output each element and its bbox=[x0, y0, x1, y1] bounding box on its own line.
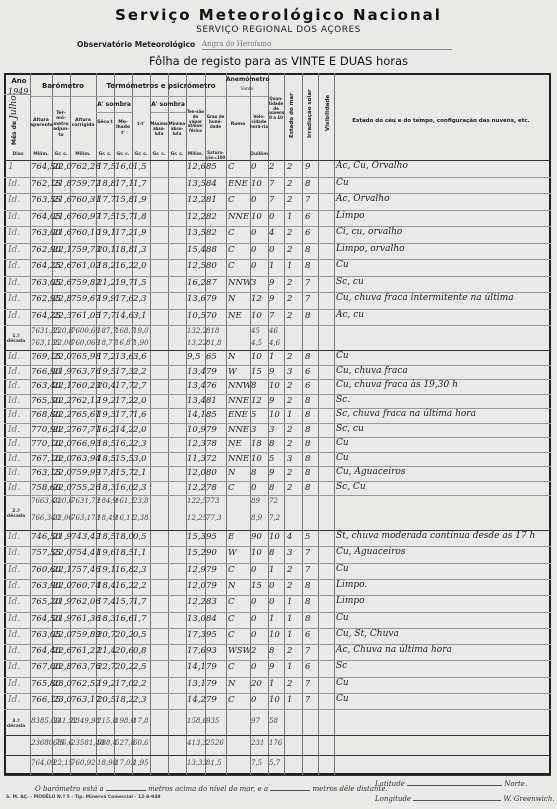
cell-rumo: N bbox=[228, 679, 235, 689]
cell-neb: 10 bbox=[269, 532, 280, 542]
cell-hum: 773 bbox=[206, 497, 219, 505]
cell-corr: 760,92 bbox=[71, 759, 96, 767]
cell-mar: 2 bbox=[287, 679, 292, 689]
cell-neb: 10 bbox=[269, 695, 280, 705]
cell-molh: 18,0 bbox=[115, 532, 134, 542]
cell-vel: 90 bbox=[251, 532, 262, 542]
cell-tens: 132,2 bbox=[187, 327, 207, 335]
sky-description: Cu bbox=[336, 351, 349, 361]
cell-neb: 8 bbox=[269, 646, 274, 656]
cell-seco: 18,3 bbox=[97, 483, 116, 493]
cell-dif: 1,1 bbox=[133, 548, 147, 558]
column-rule bbox=[168, 73, 169, 775]
sky-description: Cu bbox=[336, 564, 349, 574]
cell-neb: 10 bbox=[269, 410, 280, 420]
cell-dif: 2,2 bbox=[133, 679, 147, 689]
cell-hum: 79 bbox=[206, 294, 217, 304]
cell-tens: 13,33 bbox=[187, 759, 207, 767]
day-cell: Id. bbox=[8, 614, 20, 624]
cell-molh: 17,7 bbox=[115, 410, 134, 420]
cell-vel: 89 bbox=[251, 497, 260, 505]
year-label: Ano bbox=[8, 77, 30, 85]
row-rule bbox=[4, 775, 551, 776]
cell-neb: 1 bbox=[269, 565, 274, 575]
cell-tadj: 22,1 bbox=[53, 381, 72, 391]
cell-dif-mean: 1,90 bbox=[133, 339, 149, 347]
cell-dif: 2,0 bbox=[133, 425, 147, 435]
cell-vis: 6 bbox=[305, 367, 310, 377]
row-rule bbox=[4, 243, 551, 244]
a-sombra-header-1: A' sombra bbox=[96, 101, 132, 108]
row-rule bbox=[4, 644, 551, 645]
cell-tens: 12,2 bbox=[187, 212, 206, 222]
cell-hum: 78 bbox=[206, 439, 217, 449]
sky-description: Cu bbox=[336, 678, 349, 688]
cell-tens: 12,2 bbox=[187, 195, 206, 205]
cell-hum-mean: 77,3 bbox=[206, 514, 222, 522]
cell-vel: 10 bbox=[251, 212, 262, 222]
sky-description: Cu bbox=[336, 438, 349, 448]
cell-mar: 2 bbox=[287, 581, 292, 591]
cell-seco: 19,2 bbox=[97, 679, 116, 689]
cell-molh: 17,7 bbox=[115, 381, 134, 391]
longitude-field[interactable] bbox=[413, 793, 501, 801]
cell-rumo: NNE bbox=[228, 454, 249, 464]
row-rule bbox=[4, 325, 551, 326]
unit-termometro-adjunto: Gr. c. bbox=[52, 152, 70, 157]
column-rule bbox=[302, 73, 303, 775]
cell-mar: 2 bbox=[287, 468, 292, 478]
cell-tadj: 22,0 bbox=[53, 483, 72, 493]
cell-vis: 7 bbox=[305, 294, 310, 304]
sky-description: Cu bbox=[336, 613, 349, 623]
cell-neb: 10 bbox=[269, 630, 280, 640]
longitude-suffix: W. Greenwich. bbox=[504, 795, 555, 803]
cell-vel: 0 bbox=[251, 483, 256, 493]
nebulosidade-header: Quan-tidade de nuvens 0 a 10 bbox=[268, 97, 284, 121]
cell-rumo: NNE bbox=[228, 396, 249, 406]
cell-mar: 2 bbox=[287, 646, 292, 656]
cell-mar: 2 bbox=[287, 278, 292, 288]
row-rule bbox=[4, 160, 551, 161]
sky-description: Sc, cu bbox=[336, 424, 364, 434]
cell-mar: 1 bbox=[287, 614, 292, 624]
day-cell: Id. bbox=[8, 396, 20, 406]
unit-minima: Gr. c. bbox=[168, 152, 186, 157]
cell-neb: 8 bbox=[269, 548, 274, 558]
day-cell: Id. bbox=[8, 425, 20, 435]
estado-mar-header: Estado do mar bbox=[289, 98, 295, 138]
cell-rumo: C bbox=[228, 695, 235, 705]
cell-seco: 19,1 bbox=[97, 565, 116, 575]
cell-dif: 2,0 bbox=[133, 261, 147, 271]
sky-description: Ac, cu bbox=[336, 310, 364, 320]
cell-tens: 13,5 bbox=[187, 179, 206, 189]
sky-description: Limpo bbox=[336, 211, 365, 221]
day-cell: Id. bbox=[8, 597, 20, 607]
cell-seco: 19,6 bbox=[97, 548, 116, 558]
cell-rumo: ENE bbox=[228, 179, 248, 189]
cell-rumo: W bbox=[228, 367, 237, 377]
cell-vis: 7 bbox=[305, 278, 310, 288]
cell-molh: 20,6 bbox=[115, 646, 134, 656]
cell-molh: 16,6 bbox=[115, 614, 134, 624]
cell-mar: 2 bbox=[287, 396, 292, 406]
decade-label: 3.ª década bbox=[6, 719, 26, 729]
cell-vis: 8 bbox=[305, 581, 310, 591]
cell-vel: 15 bbox=[251, 367, 262, 377]
sky-description: Cu, Aguaceiros bbox=[336, 547, 405, 557]
cell-neb: 8 bbox=[269, 483, 274, 493]
row-rule bbox=[4, 709, 551, 710]
day-cell: Id. bbox=[8, 212, 20, 222]
sky-description: Limpo. bbox=[336, 580, 367, 590]
cell-dif: 1,9 bbox=[133, 228, 147, 238]
cell-vel: 10 bbox=[251, 454, 262, 464]
cell-molh: 16,0 bbox=[115, 483, 134, 493]
cell-neb: 176 bbox=[269, 739, 282, 747]
day-cell: Id. bbox=[8, 646, 20, 656]
cell-molh: 18,2 bbox=[115, 695, 134, 705]
cell-neb: 4 bbox=[269, 228, 274, 238]
cell-hum: 95 bbox=[206, 630, 217, 640]
cell-vel: 12 bbox=[251, 396, 262, 406]
cell-rumo: C bbox=[228, 195, 235, 205]
row-rule bbox=[4, 466, 551, 467]
cell-neb: 0 bbox=[269, 212, 274, 222]
cell-tens: 17,3 bbox=[187, 630, 206, 640]
latitude-field[interactable] bbox=[407, 778, 502, 786]
cell-rumo: C bbox=[228, 614, 235, 624]
cell-seco: 20,4 bbox=[97, 381, 116, 391]
day-cell: Id. bbox=[8, 630, 20, 640]
cell-hum: 81 bbox=[206, 396, 217, 406]
cell-rumo: C bbox=[228, 630, 235, 640]
cell-seco: 17,8 bbox=[97, 468, 116, 478]
cell-hum: 80 bbox=[206, 261, 217, 271]
cell-tadj: 22,0 bbox=[53, 468, 72, 478]
cell-seco: 19,2 bbox=[97, 396, 116, 406]
cell-molh: 16,2 bbox=[115, 581, 134, 591]
unit-velocidade: Quilóm. bbox=[250, 152, 268, 157]
cell-molh: 19,7 bbox=[115, 278, 134, 288]
cell-tens: 17,6 bbox=[187, 646, 206, 656]
cell-hum: 72 bbox=[206, 454, 217, 464]
cell-tens: 14,1 bbox=[187, 410, 206, 420]
cell-rumo: C bbox=[228, 483, 235, 493]
row-rule bbox=[4, 309, 551, 310]
cell-dif: 60,6 bbox=[133, 739, 149, 747]
cell-molh: 14,6 bbox=[115, 311, 134, 321]
cell-neb: 0 bbox=[269, 581, 274, 591]
sky-description: Limpo bbox=[336, 596, 365, 606]
cell-hum: 79 bbox=[206, 367, 217, 377]
cell-seco: 20,5 bbox=[97, 695, 116, 705]
cell-neb: 9 bbox=[269, 468, 274, 478]
cell-hum: 818 bbox=[206, 327, 219, 335]
cell-hum: 79 bbox=[206, 565, 217, 575]
cell-molh: 17,1 bbox=[115, 179, 134, 189]
cell-mar: 2 bbox=[287, 565, 292, 575]
cell-corr-mean: 763,173 bbox=[71, 514, 100, 522]
cell-hum: 81,5 bbox=[206, 759, 222, 767]
cell-molh: 15,7 bbox=[115, 468, 134, 478]
row-rule bbox=[96, 112, 132, 113]
cell-tens: 14,2 bbox=[187, 695, 206, 705]
cell-molh: 16,8 bbox=[115, 565, 134, 575]
cell-neb: 9 bbox=[269, 278, 274, 288]
cell-tens: 11,3 bbox=[187, 454, 206, 464]
day-cell: Id. bbox=[8, 294, 20, 304]
cell-seco: 19,1 bbox=[97, 228, 116, 238]
cell-vel: 97 bbox=[251, 717, 260, 725]
cell-rumo: C bbox=[228, 162, 235, 172]
cell-tadj: 22,0 bbox=[53, 581, 72, 591]
sky-description: Sc, chuva fraca na última hora bbox=[336, 409, 476, 419]
cell-tadj: 22,6 bbox=[53, 646, 72, 656]
cell-mar: 2 bbox=[287, 228, 292, 238]
cell-neb: 3 bbox=[269, 425, 274, 435]
cell-mar: 2 bbox=[287, 425, 292, 435]
cell-hum: 84 bbox=[206, 614, 217, 624]
cell-mar: 2 bbox=[287, 245, 292, 255]
cell-hum-mean: 81,8 bbox=[206, 339, 222, 347]
cell-vel: 2 bbox=[251, 646, 256, 656]
latitude-suffix: Norte. bbox=[504, 780, 527, 788]
cell-neb: 2 bbox=[269, 162, 274, 172]
row-rule bbox=[4, 350, 551, 351]
cell-vel: 0 bbox=[251, 597, 256, 607]
maxima-header: Máxima abso-luta bbox=[150, 122, 168, 136]
cell-tens: 12,5 bbox=[187, 261, 206, 271]
cell-tadj: 23,0 bbox=[53, 679, 72, 689]
cell-neb: 0 bbox=[269, 245, 274, 255]
cell-mar: 2 bbox=[287, 162, 292, 172]
cell-dif: 2,3 bbox=[133, 439, 147, 449]
cell-vel: 0 bbox=[251, 565, 256, 575]
cell-vis: 8 bbox=[305, 396, 310, 406]
sky-description: St, chuva moderada contínua desde as 17 … bbox=[336, 531, 535, 541]
cell-seco: 22,7 bbox=[97, 662, 116, 672]
cell-dif: 3,1 bbox=[133, 311, 147, 321]
cell-seco: 20,1 bbox=[97, 245, 116, 255]
cell-vel: 0 bbox=[251, 695, 256, 705]
cell-vel: 0 bbox=[251, 662, 256, 672]
cell-neb: 1 bbox=[269, 352, 274, 362]
cell-rumo: N bbox=[228, 294, 235, 304]
cell-hum: 65 bbox=[206, 352, 217, 362]
cell-tadj: 21,6 bbox=[53, 228, 72, 238]
cell-dif: 1,5 bbox=[133, 278, 147, 288]
anemometro-header: Anemómetro bbox=[226, 76, 268, 83]
cell-dif: 2,0 bbox=[133, 396, 147, 406]
cell-rumo: C bbox=[228, 245, 235, 255]
latitude-label: Latitude bbox=[375, 780, 405, 788]
row-rule bbox=[4, 365, 551, 366]
cell-vel: 8 bbox=[251, 468, 256, 478]
cell-mar: 1 bbox=[287, 630, 292, 640]
day-cell: Id. bbox=[8, 228, 20, 238]
cell-mar: 3 bbox=[287, 548, 292, 558]
day-cell: 1 bbox=[8, 162, 14, 172]
cell-tadj: 22,2 bbox=[53, 396, 72, 406]
cell-vis: 8 bbox=[305, 454, 310, 464]
cell-rumo: NNW bbox=[228, 278, 252, 288]
cell-tadj: 22,0 bbox=[53, 630, 72, 640]
cell-tens: 13,5 bbox=[187, 228, 206, 238]
sky-description: Cu, chuva fraca às 19,30 h bbox=[336, 380, 458, 390]
humidade-header: Grau de humi-dade bbox=[205, 115, 226, 129]
cell-rumo: E bbox=[228, 532, 234, 542]
row-rule bbox=[4, 495, 551, 496]
cell-rumo: NNW bbox=[228, 381, 252, 391]
cell-hum: 90 bbox=[206, 548, 217, 558]
cell-dif: 2,3 bbox=[133, 483, 147, 493]
day-cell: Id. bbox=[8, 245, 20, 255]
termometro-adjunto-header: Ter-mó-metro adjun-to bbox=[52, 111, 70, 138]
barometer-distance-field[interactable] bbox=[270, 783, 310, 791]
cell-mar: 1 bbox=[287, 261, 292, 271]
cell-mar: 1 bbox=[287, 212, 292, 222]
cell-tadj: 21,8 bbox=[53, 179, 72, 189]
row-rule bbox=[4, 735, 551, 736]
cell-rumo: N bbox=[228, 468, 235, 478]
cell-neb: 7 bbox=[269, 195, 274, 205]
cell-vis: 7 bbox=[305, 565, 310, 575]
row-rule bbox=[150, 112, 186, 113]
cell-hum: 79 bbox=[206, 679, 217, 689]
cell-vel: 5 bbox=[251, 410, 256, 420]
cell-tadj: 22,0 bbox=[53, 352, 72, 362]
unit-molhado: Gr. c. bbox=[114, 152, 132, 157]
cell-seco: 16,2 bbox=[97, 425, 116, 435]
decade-label: 2.ª década bbox=[6, 509, 26, 519]
cell-molh: 16,2 bbox=[115, 261, 134, 271]
cell-tens: 16,2 bbox=[187, 278, 206, 288]
cell-dif-mean: 2,38 bbox=[133, 514, 149, 522]
day-cell: Id. bbox=[8, 381, 20, 391]
sky-description: Sc, cu bbox=[336, 277, 364, 287]
cell-vis: 7 bbox=[305, 195, 310, 205]
cell-vis: 8 bbox=[305, 352, 310, 362]
cell-vis: 8 bbox=[305, 597, 310, 607]
cell-seco: 21,2 bbox=[97, 278, 116, 288]
day-cell: Id. bbox=[8, 581, 20, 591]
cell-neb: 0 bbox=[269, 597, 274, 607]
cell-molh: 15,5 bbox=[115, 454, 134, 464]
cell-vis: 8 bbox=[305, 483, 310, 493]
cell-dif: 2,1 bbox=[133, 468, 147, 478]
cell-tens-mean: 13,22 bbox=[187, 339, 207, 347]
cell-vel: 0 bbox=[251, 195, 256, 205]
cell-tadj: 22,3 bbox=[53, 311, 72, 321]
cell-dif: 1,3 bbox=[133, 245, 147, 255]
cell-hum: 76 bbox=[206, 381, 217, 391]
cell-tadj: 21,9 bbox=[53, 367, 72, 377]
cell-molh: 17,2 bbox=[115, 396, 134, 406]
cell-molh: 20,2 bbox=[115, 630, 134, 640]
day-cell: Id. bbox=[8, 179, 20, 189]
cell-hum: 79 bbox=[206, 581, 217, 591]
day-label: Dias bbox=[8, 152, 28, 157]
cell-dif: 2,5 bbox=[133, 662, 147, 672]
cell-vel: 3 bbox=[251, 278, 256, 288]
row-rule bbox=[4, 579, 551, 580]
cell-dif: 17,8 bbox=[133, 717, 149, 725]
cell-neb: 8 bbox=[269, 439, 274, 449]
cell-mar: 2 bbox=[287, 439, 292, 449]
barometer-note-1: O barómetro está a bbox=[35, 785, 104, 793]
cell-rumo: NE bbox=[228, 311, 242, 321]
cell-tadj: 22,2 bbox=[53, 425, 72, 435]
cell-neb: 7 bbox=[269, 179, 274, 189]
cell-tens: 14,1 bbox=[187, 662, 206, 672]
cell-mar: 2 bbox=[287, 179, 292, 189]
sky-description: Cu, St, Chuva bbox=[336, 629, 399, 639]
unit-tensao: Milím. bbox=[186, 152, 205, 157]
cell-rumo: ENE bbox=[228, 410, 248, 420]
cell-tadj: 22,0 bbox=[53, 454, 72, 464]
cell-seco: 18,5 bbox=[97, 439, 116, 449]
unit-seco: Gr. c. bbox=[96, 152, 114, 157]
cell-neb: 10 bbox=[269, 381, 280, 391]
cell-molh: 18,5 bbox=[115, 548, 134, 558]
cell-mar: 1 bbox=[287, 662, 292, 672]
cell-hum: 83 bbox=[206, 597, 217, 607]
cell-tadj: 22,6 bbox=[53, 261, 72, 271]
day-cell: Id. bbox=[8, 352, 20, 362]
month-label-text: Mês de bbox=[11, 121, 18, 145]
cell-vis: 7 bbox=[305, 695, 310, 705]
cell-mar: 4 bbox=[287, 532, 292, 542]
sky-description: Sc. bbox=[336, 395, 350, 405]
cell-molh: 17,0 bbox=[115, 679, 134, 689]
cell-corr: 8349,98 bbox=[71, 717, 100, 725]
cell-dif: 2,3 bbox=[133, 565, 147, 575]
cell-rumo: C bbox=[228, 261, 235, 271]
cell-seco: 18,4 bbox=[97, 581, 116, 591]
cell-rumo: C bbox=[228, 565, 235, 575]
cell-hum: 70 bbox=[206, 311, 217, 321]
cell-dif: 2,3 bbox=[133, 695, 147, 705]
sky-description: Sc, Cu bbox=[336, 482, 366, 492]
cell-hum: 93 bbox=[206, 646, 217, 656]
cell-tens: 13,4 bbox=[187, 396, 206, 406]
day-cell: Id. bbox=[8, 195, 20, 205]
cell-molh: 17,6 bbox=[115, 294, 134, 304]
cell-dif: 1,7 bbox=[133, 179, 147, 189]
cell-tens: 13,0 bbox=[187, 614, 206, 624]
cell-tens: 12,3 bbox=[187, 439, 206, 449]
sheet-title: Fôlha de registo para as VINTE E DUAS ho… bbox=[0, 54, 557, 68]
cell-tadj: 21,9 bbox=[53, 614, 72, 624]
sky-description: Ac, Cu, Orvalho bbox=[336, 161, 408, 171]
longitude-label: Longitude bbox=[375, 795, 411, 803]
cell-rumo: NNE bbox=[228, 425, 249, 435]
cell-seco: 18,3 bbox=[97, 614, 116, 624]
barometer-altitude-field[interactable] bbox=[106, 783, 146, 791]
cell-neb: 9 bbox=[269, 662, 274, 672]
cell-mar: 1 bbox=[287, 695, 292, 705]
cell-neb: 5,7 bbox=[269, 759, 280, 767]
day-cell: Id. bbox=[8, 311, 20, 321]
cell-tadj: 21,6 bbox=[53, 212, 72, 222]
column-rule bbox=[318, 73, 319, 775]
day-cell: Id. bbox=[8, 410, 20, 420]
cell-vel: 0 bbox=[251, 162, 256, 172]
unit-humidade: Satura-ção=100 bbox=[205, 150, 226, 160]
cell-vel-mean: 4,5 bbox=[251, 339, 262, 347]
